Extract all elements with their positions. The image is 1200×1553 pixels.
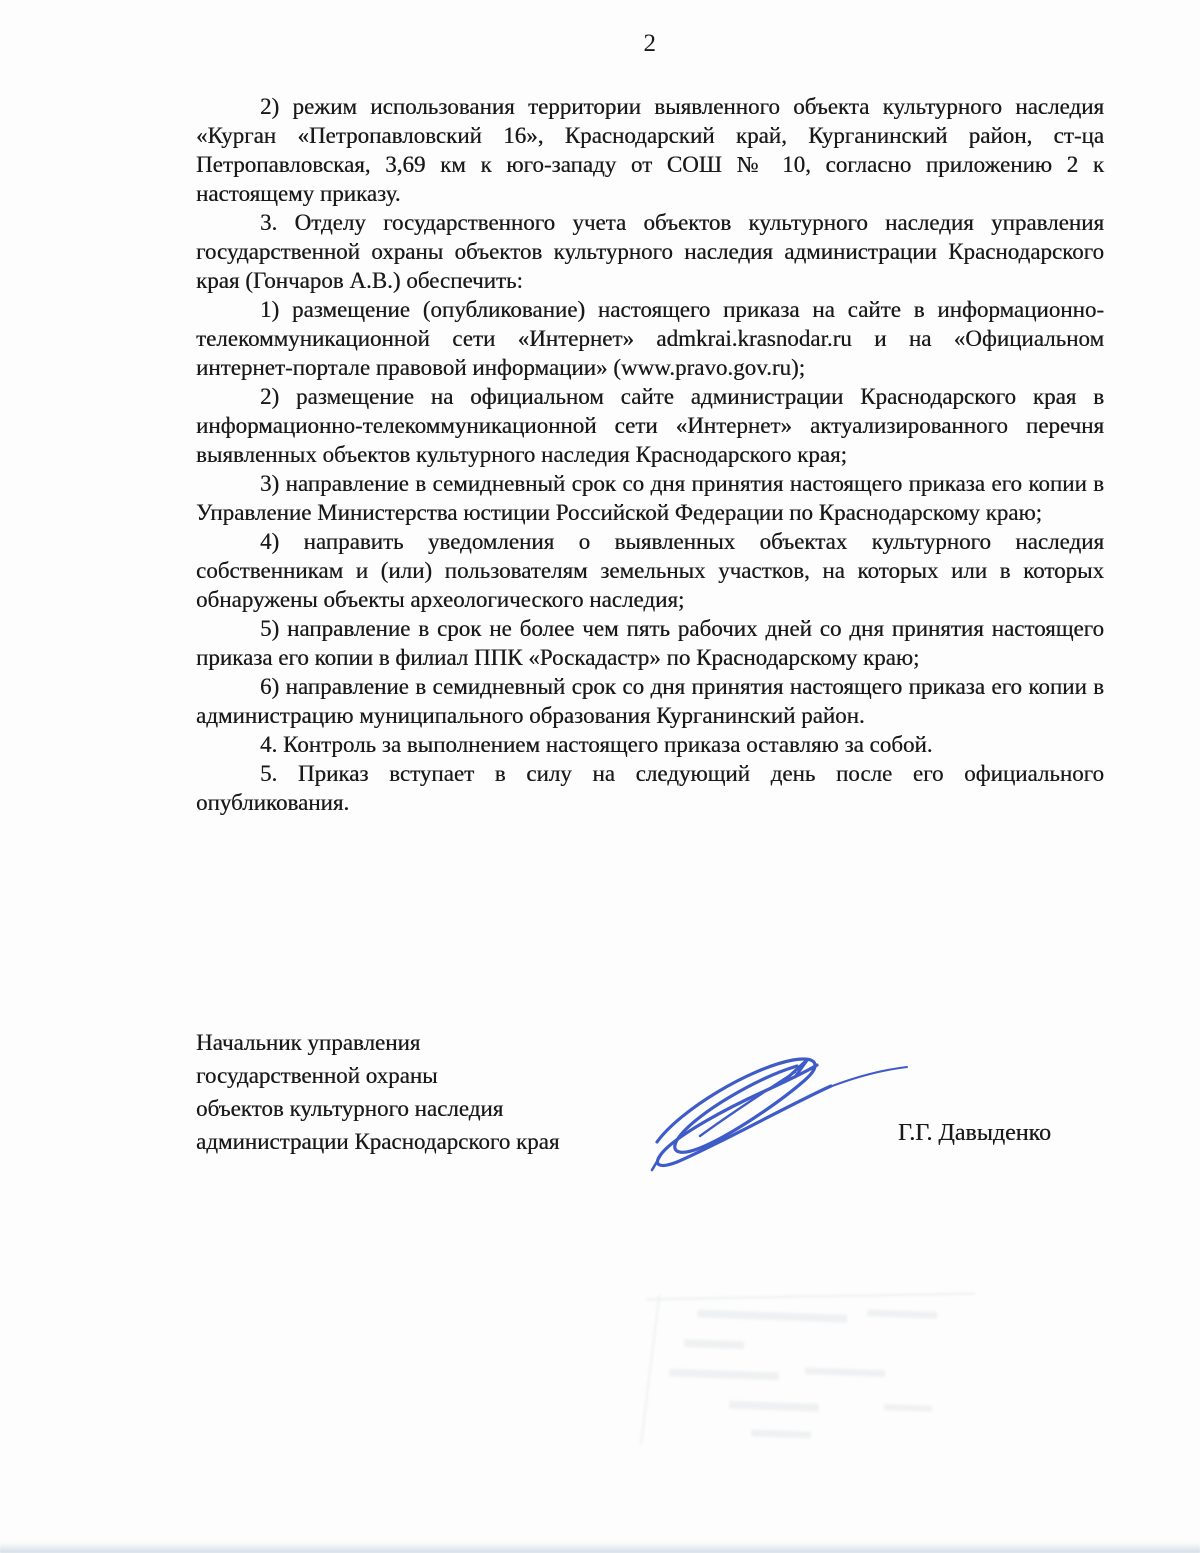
order-paragraph: 2) размещение на официальном сайте админ… xyxy=(196,382,1104,469)
bleed-line xyxy=(646,1293,976,1301)
order-paragraph: 4. Контроль за выполнением настоящего пр… xyxy=(196,730,1104,759)
order-paragraph: 6) направление в семидневный срок со дня… xyxy=(196,672,1104,730)
signatory-name: Г.Г. Давыденко xyxy=(898,1120,1051,1147)
bleed-line xyxy=(640,1294,661,1445)
bleed-smudge xyxy=(751,1429,811,1438)
scan-edge-artifact xyxy=(0,1540,1200,1553)
order-paragraph: 4) направить уведомления о выявленных об… xyxy=(196,527,1104,614)
order-paragraph: 3. Отделу государственного учета объекто… xyxy=(196,208,1104,295)
page-number: 2 xyxy=(196,30,1104,58)
order-paragraph: 2) режим использования территории выявле… xyxy=(196,92,1104,208)
order-paragraph: 1) размещение (опубликование) настоящего… xyxy=(196,295,1104,382)
bleed-through-artifact xyxy=(632,1275,1018,1478)
bleed-smudge xyxy=(867,1309,937,1318)
order-body: 2) режим использования территории выявле… xyxy=(196,92,1104,817)
bleed-smudge xyxy=(669,1369,779,1381)
order-paragraph: 5) направление в срок не более чем пять … xyxy=(196,614,1104,672)
signature-ink xyxy=(645,1050,913,1176)
scanned-order-page: 2 2) режим использования территории выяв… xyxy=(0,0,1200,1553)
bleed-smudge xyxy=(684,1339,744,1349)
bleed-smudge xyxy=(697,1310,847,1323)
order-paragraph: 3) направление в семидневный срок со дня… xyxy=(196,469,1104,527)
bleed-smudge xyxy=(729,1401,819,1412)
bleed-smudge xyxy=(884,1404,932,1412)
bleed-smudge xyxy=(805,1367,885,1377)
order-paragraph: 5. Приказ вступает в силу на следующий д… xyxy=(196,759,1104,817)
